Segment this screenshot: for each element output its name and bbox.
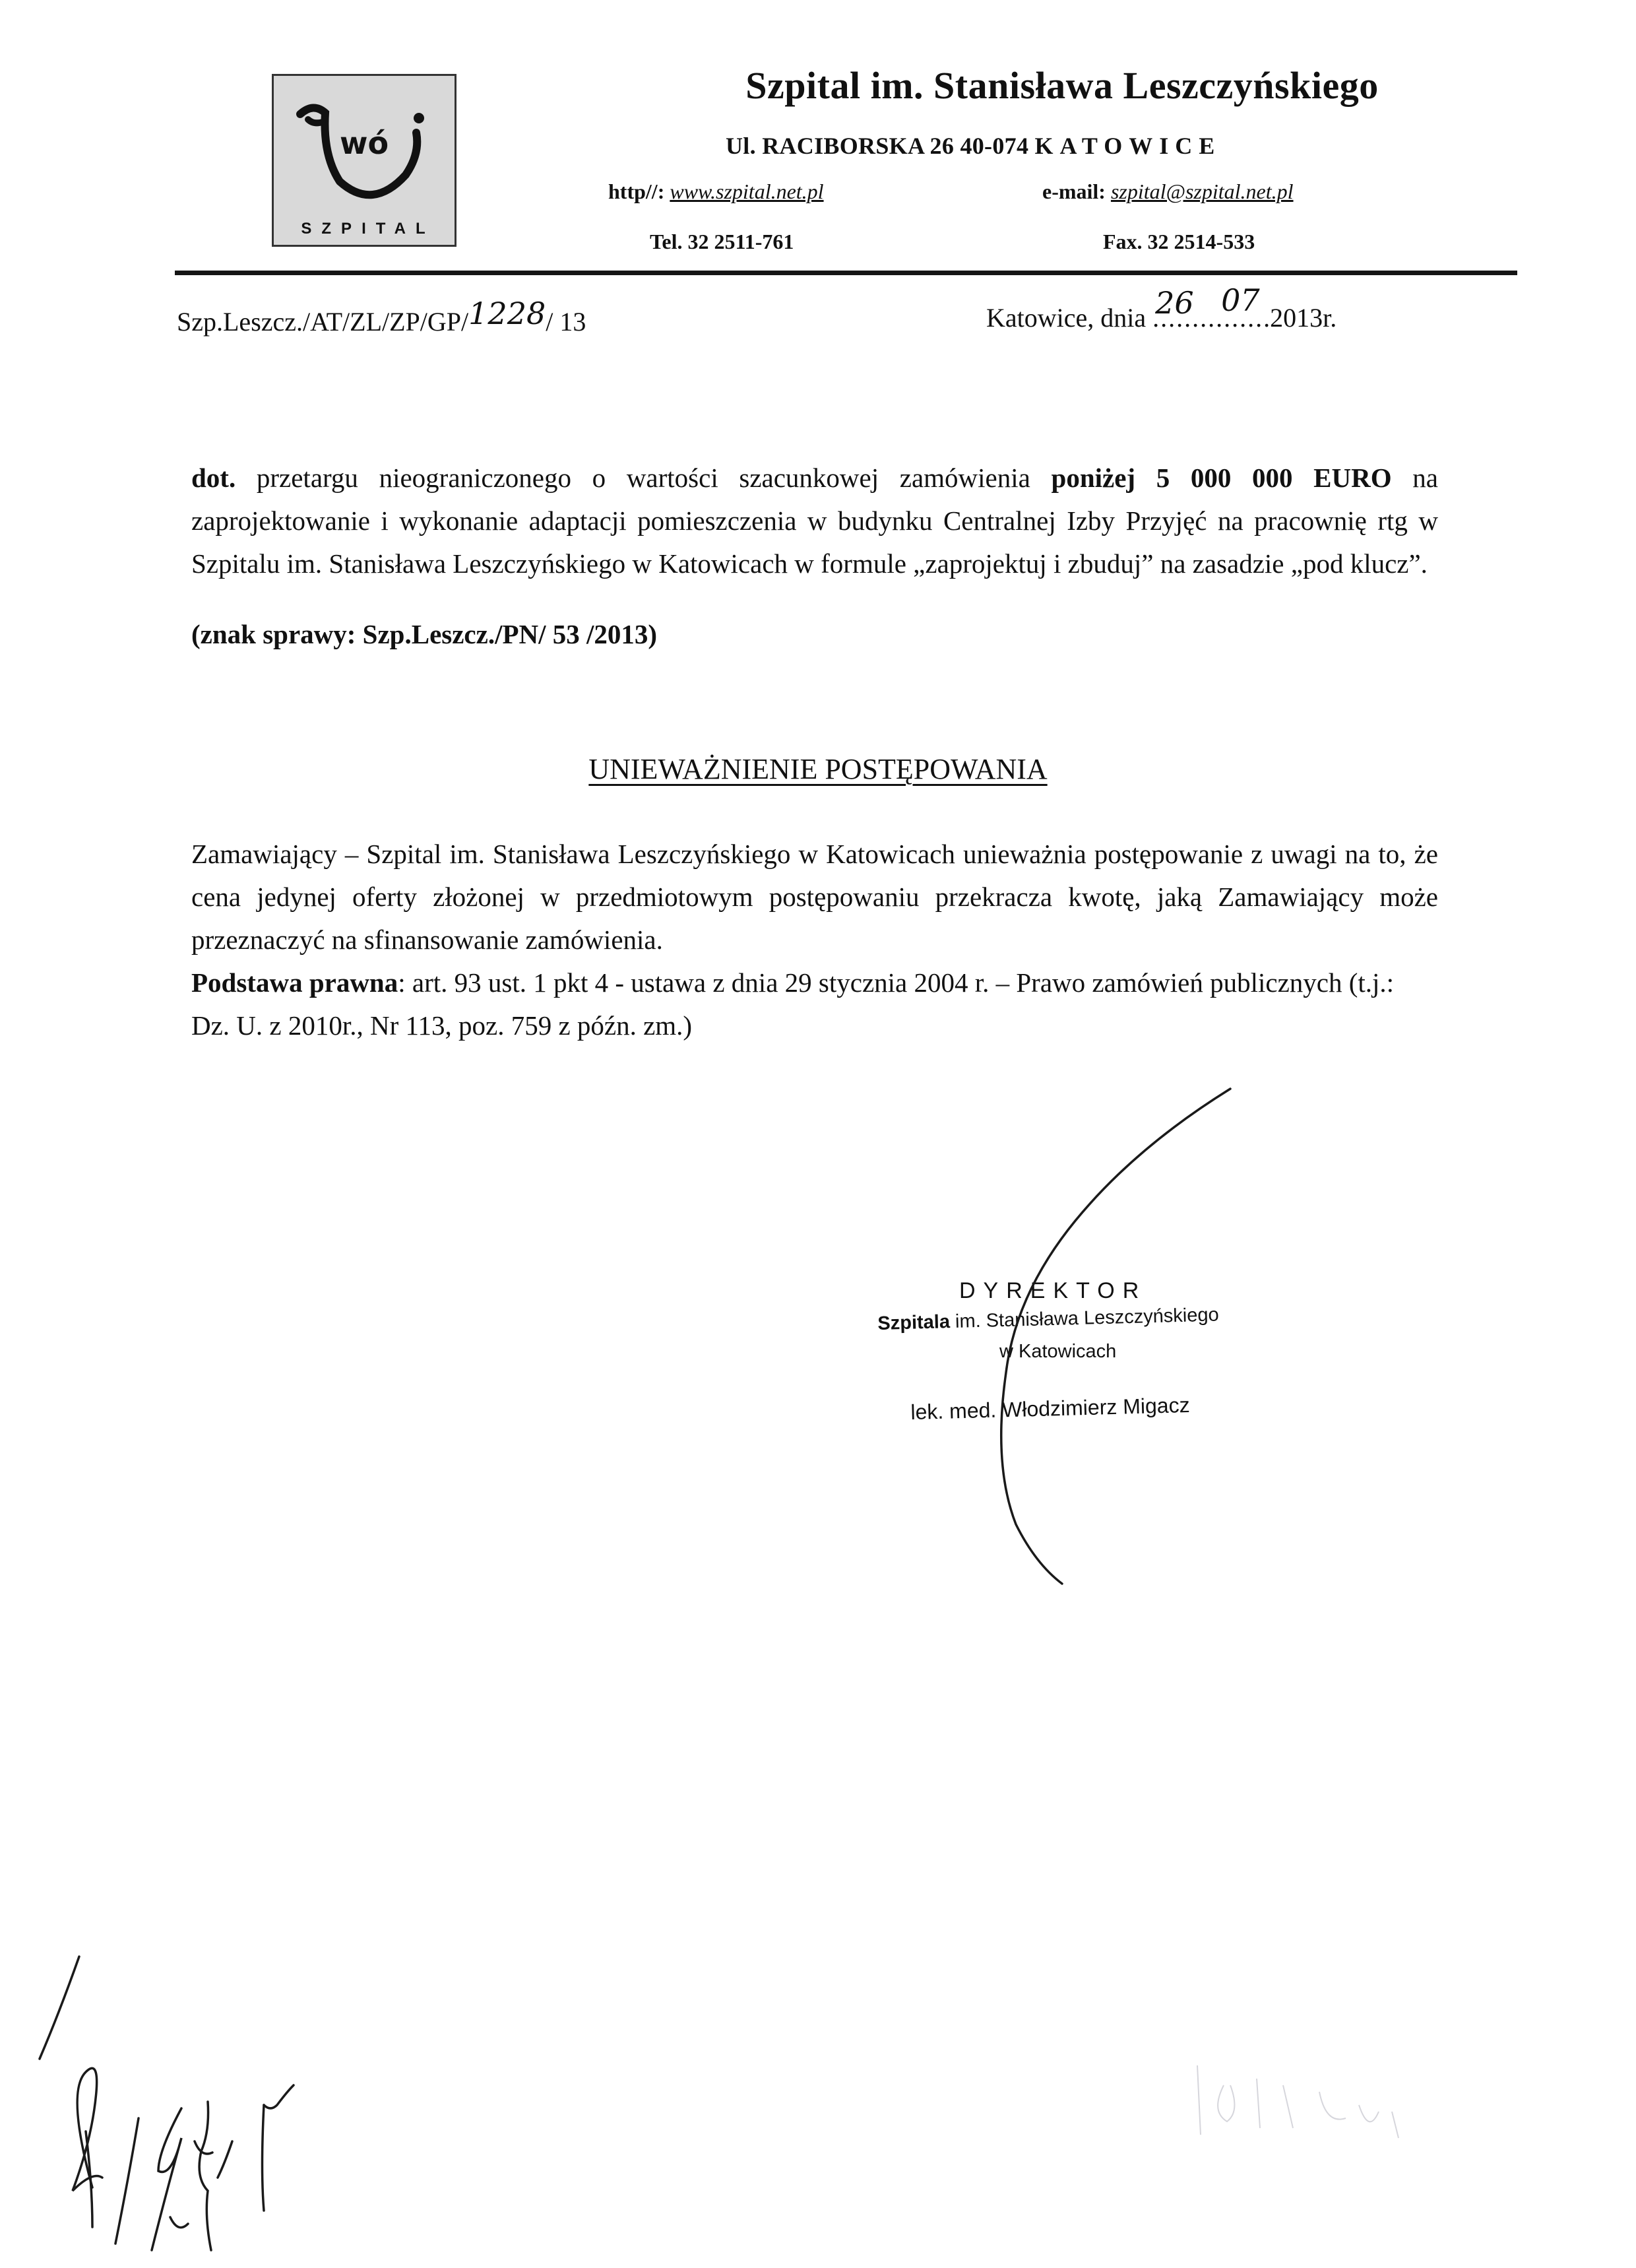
email-link[interactable]: szpital@szpital.net.pl	[1111, 179, 1294, 203]
faded-note-icon	[1197, 2065, 1399, 2138]
email-label: e-mail:	[1042, 179, 1111, 203]
website-label: http//:	[608, 179, 670, 203]
hospital-logo: wó SZPITAL	[272, 74, 456, 247]
hospital-address: Ul. RACIBORSKA 26 40-074 KATOWICE	[726, 132, 1319, 160]
subject-value: poniżej 5 000 000 EURO	[1052, 463, 1392, 493]
handwriting-overlay	[0, 0, 1636, 2268]
decision-text: Zamawiający – Szpital im. Stanisława Les…	[191, 833, 1438, 961]
email: e-mail: szpital@szpital.net.pl	[1042, 179, 1294, 204]
subject-lead: dot.	[191, 463, 236, 493]
stamp-org-bold: Szpitala	[877, 1311, 950, 1334]
subject-paragraph: dot. przetargu nieograniczonego o wartoś…	[191, 457, 1438, 585]
director-signature-icon	[1001, 1089, 1230, 1584]
document-date: Katowice, dnia .............. 26 07 .201…	[986, 302, 1337, 333]
stamp-organization: Szpitala im. Stanisława Leszczyńskiego	[877, 1304, 1219, 1335]
stamp-title: DYREKTOR	[959, 1278, 1147, 1304]
legal-basis-label: Podstawa prawna	[191, 967, 398, 998]
initials-scribble-icon	[40, 1957, 294, 2250]
logo-caption: SZPITAL	[274, 220, 455, 238]
website: http//: www.szpital.net.pl	[608, 179, 824, 204]
website-link[interactable]: www.szpital.net.pl	[670, 179, 823, 203]
handwritten-reference-number: 1228	[468, 296, 546, 331]
date-year: .2013r.	[1263, 303, 1337, 333]
handwritten-day: 26	[1155, 285, 1194, 321]
hospital-name: Szpital im. Stanisława Leszczyńskiego	[699, 63, 1425, 108]
phone-number: Tel. 32 2511-761	[650, 230, 794, 254]
subject-text-1: przetargu nieograniczonego o wartości sz…	[236, 463, 1051, 493]
header-divider	[175, 271, 1517, 275]
address-street: Ul. RACIBORSKA 26 40-074	[726, 133, 1035, 159]
stamp-city: w Katowicach	[999, 1341, 1116, 1363]
stamp-org-rest: im. Stanisława Leszczyńskiego	[950, 1304, 1219, 1332]
case-number: (znak sprawy: Szp.Leszcz./PN/ 53 /2013)	[191, 618, 657, 650]
date-label: Katowice, dnia	[986, 303, 1152, 333]
heading-text: UNIEWAŻNIENIE POSTĘPOWANIA	[588, 753, 1047, 785]
document-heading: UNIEWAŻNIENIE POSTĘPOWANIA	[0, 752, 1636, 786]
stamp-name: lek. med. Włodzimierz Migacz	[910, 1393, 1190, 1425]
svg-text:wó: wó	[340, 125, 389, 161]
handwritten-month: 07	[1221, 282, 1260, 318]
decision-paragraph: Zamawiający – Szpital im. Stanisława Les…	[191, 833, 1438, 1047]
address-city: KATOWICE	[1035, 133, 1222, 159]
reference-number: Szp.Leszcz./AT/ZL/ZP/GP/1228/ 13	[177, 302, 586, 338]
reference-suffix: / 13	[546, 307, 586, 337]
reference-prefix: Szp.Leszcz./AT/ZL/ZP/GP/	[177, 307, 468, 337]
legal-basis: Podstawa prawna: art. 93 ust. 1 pkt 4 - …	[191, 961, 1438, 1047]
fax-number: Fax. 32 2514-533	[1103, 230, 1255, 254]
